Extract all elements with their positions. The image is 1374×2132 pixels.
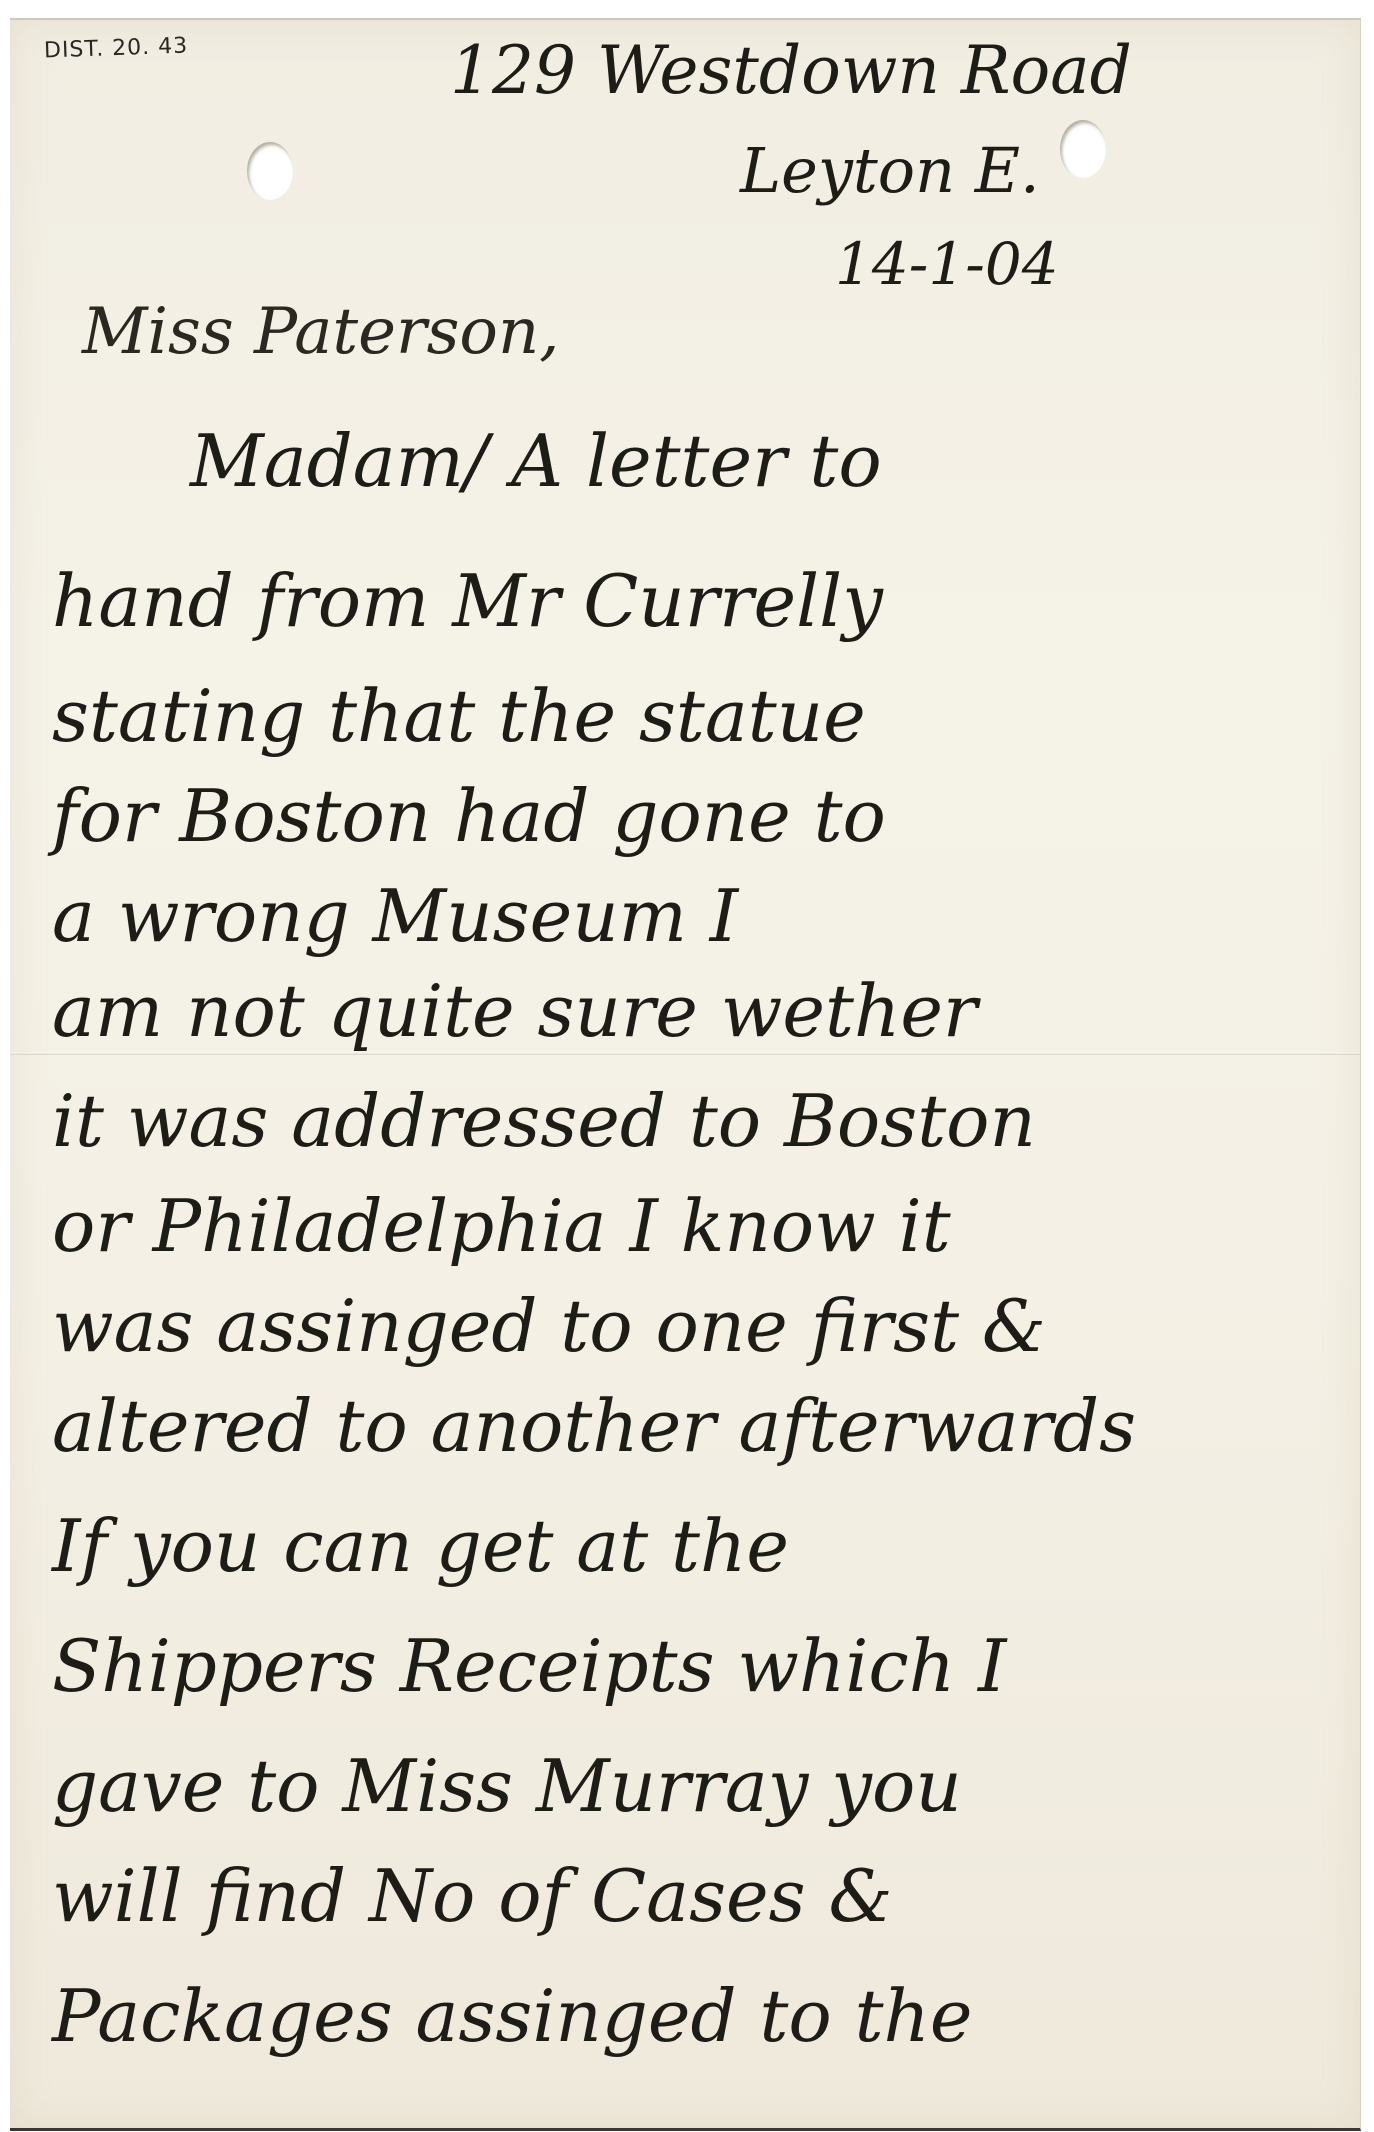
body-line: was assinged to one first & xyxy=(52,1290,1046,1362)
punch-hole-left xyxy=(247,142,293,200)
body-line: it was addressed to Boston xyxy=(52,1085,1036,1157)
body-line: altered to another afterwards xyxy=(52,1390,1136,1462)
letter-page: DIST. 20. 43 129 Westdown Road Leyton E.… xyxy=(10,18,1361,2131)
sender-address-line-1: 129 Westdown Road xyxy=(450,38,1132,104)
body-line: for Boston had gone to xyxy=(52,780,886,852)
recipient-name: Miss Paterson, xyxy=(82,300,560,364)
punch-hole-right xyxy=(1060,120,1106,178)
body-line: stating that the statue xyxy=(52,680,866,752)
body-line: gave to Miss Murray you xyxy=(52,1750,962,1822)
body-line: hand from Mr Currelly xyxy=(52,565,883,637)
body-line: Madam/ A letter to xyxy=(190,425,882,497)
body-line: If you can get at the xyxy=(52,1510,789,1582)
archive-number-stamp: DIST. 20. 43 xyxy=(44,33,189,63)
sender-address-line-2: Leyton E. xyxy=(740,140,1040,202)
body-line: will find No of Cases & xyxy=(52,1860,893,1932)
body-line: a wrong Museum I xyxy=(52,880,738,952)
body-line: Shippers Receipts which I xyxy=(52,1630,1006,1702)
body-line: or Philadelphia I know it xyxy=(52,1190,951,1262)
body-line: am not quite sure wether xyxy=(52,975,977,1047)
letter-date: 14-1-04 xyxy=(835,235,1059,293)
body-line: Packages assinged to the xyxy=(52,1980,973,2052)
